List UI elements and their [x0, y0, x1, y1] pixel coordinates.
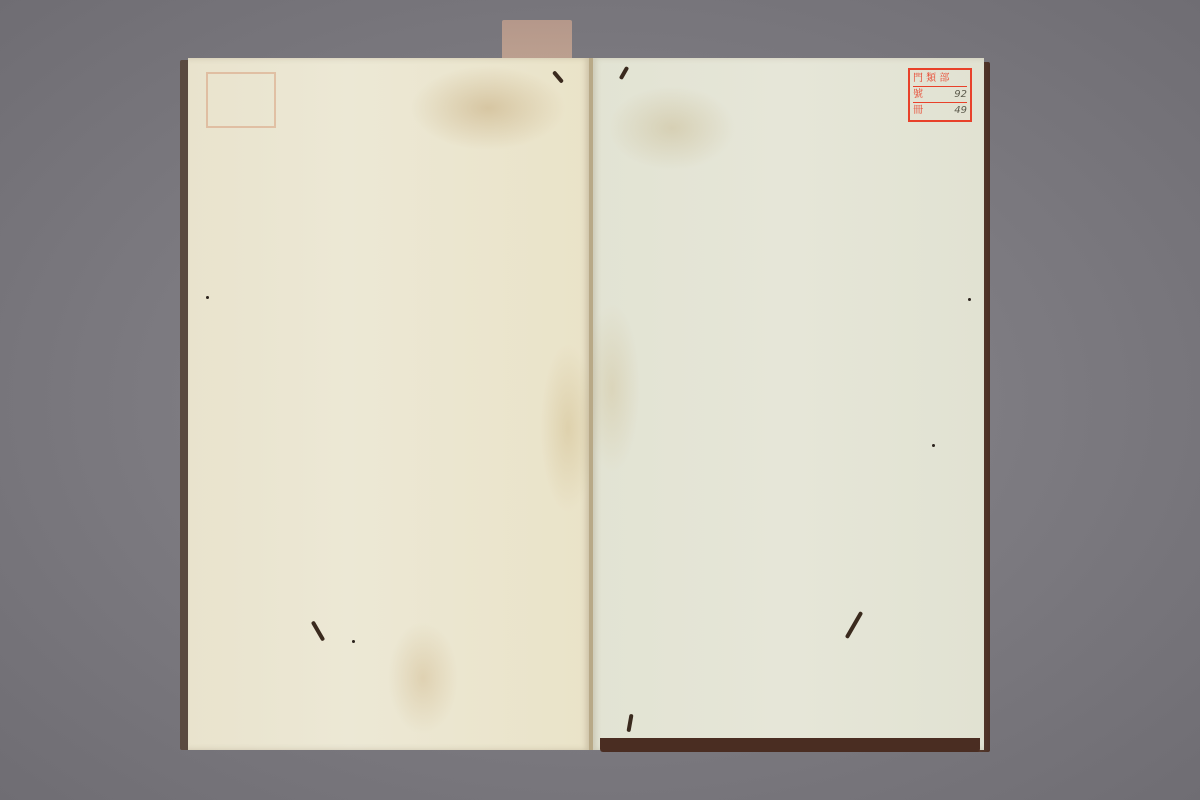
stamp-value: 49 — [954, 103, 967, 118]
binding-hole — [206, 296, 209, 299]
stain-dot — [352, 640, 355, 643]
stain-dot — [932, 444, 935, 447]
stamp-label: 冊 — [913, 103, 923, 118]
library-stamp: 門 類 部 號 92 冊 49 — [908, 68, 972, 122]
stamp-label: 號 — [913, 87, 923, 102]
book-gutter — [589, 58, 593, 750]
torn-bottom-edge — [600, 738, 980, 752]
stamp-value: 92 — [954, 87, 967, 102]
stamp-row-number: 號 92 — [913, 87, 967, 103]
right-page — [592, 58, 984, 750]
left-page — [188, 58, 590, 750]
stamp-header: 門 類 部 — [913, 71, 967, 87]
stamp-header-text: 門 類 部 — [913, 71, 949, 86]
stamp-row-volume: 冊 49 — [913, 103, 967, 118]
binding-hole — [968, 298, 971, 301]
faded-stamp-mark — [206, 72, 276, 128]
